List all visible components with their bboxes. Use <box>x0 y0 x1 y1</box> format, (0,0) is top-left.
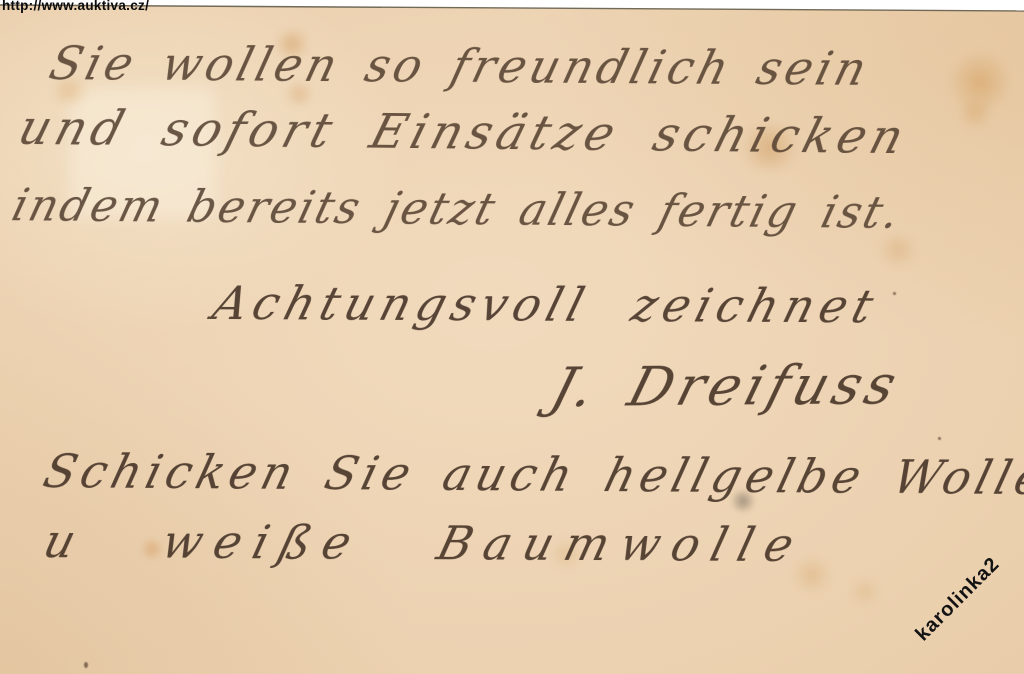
handwriting-line-3: indem bereits jetzt alles fertig ist. <box>7 180 907 239</box>
handwriting-line-7: u weiße Baumwolle <box>38 514 811 572</box>
ink-dot <box>938 437 941 440</box>
handwriting-line-2: und sofort Einsätze schicken <box>12 100 914 165</box>
handwriting-signature: J. Dreifuss <box>544 353 908 419</box>
handwriting-line-6: Schicken Sie auch hellgelbe Wolle <box>38 444 1024 505</box>
postcard-scan: Sie wollen so freundlich sein und sofort… <box>0 0 1024 674</box>
handwriting-line-4: Achtungsvoll zeichnet <box>207 276 885 333</box>
handwriting-line-1: Sie wollen so freundlich sein <box>44 36 876 96</box>
auction-url-watermark: http://www.auktiva.cz/ <box>2 0 149 13</box>
ink-dot <box>84 662 88 668</box>
ink-dot <box>893 292 896 295</box>
